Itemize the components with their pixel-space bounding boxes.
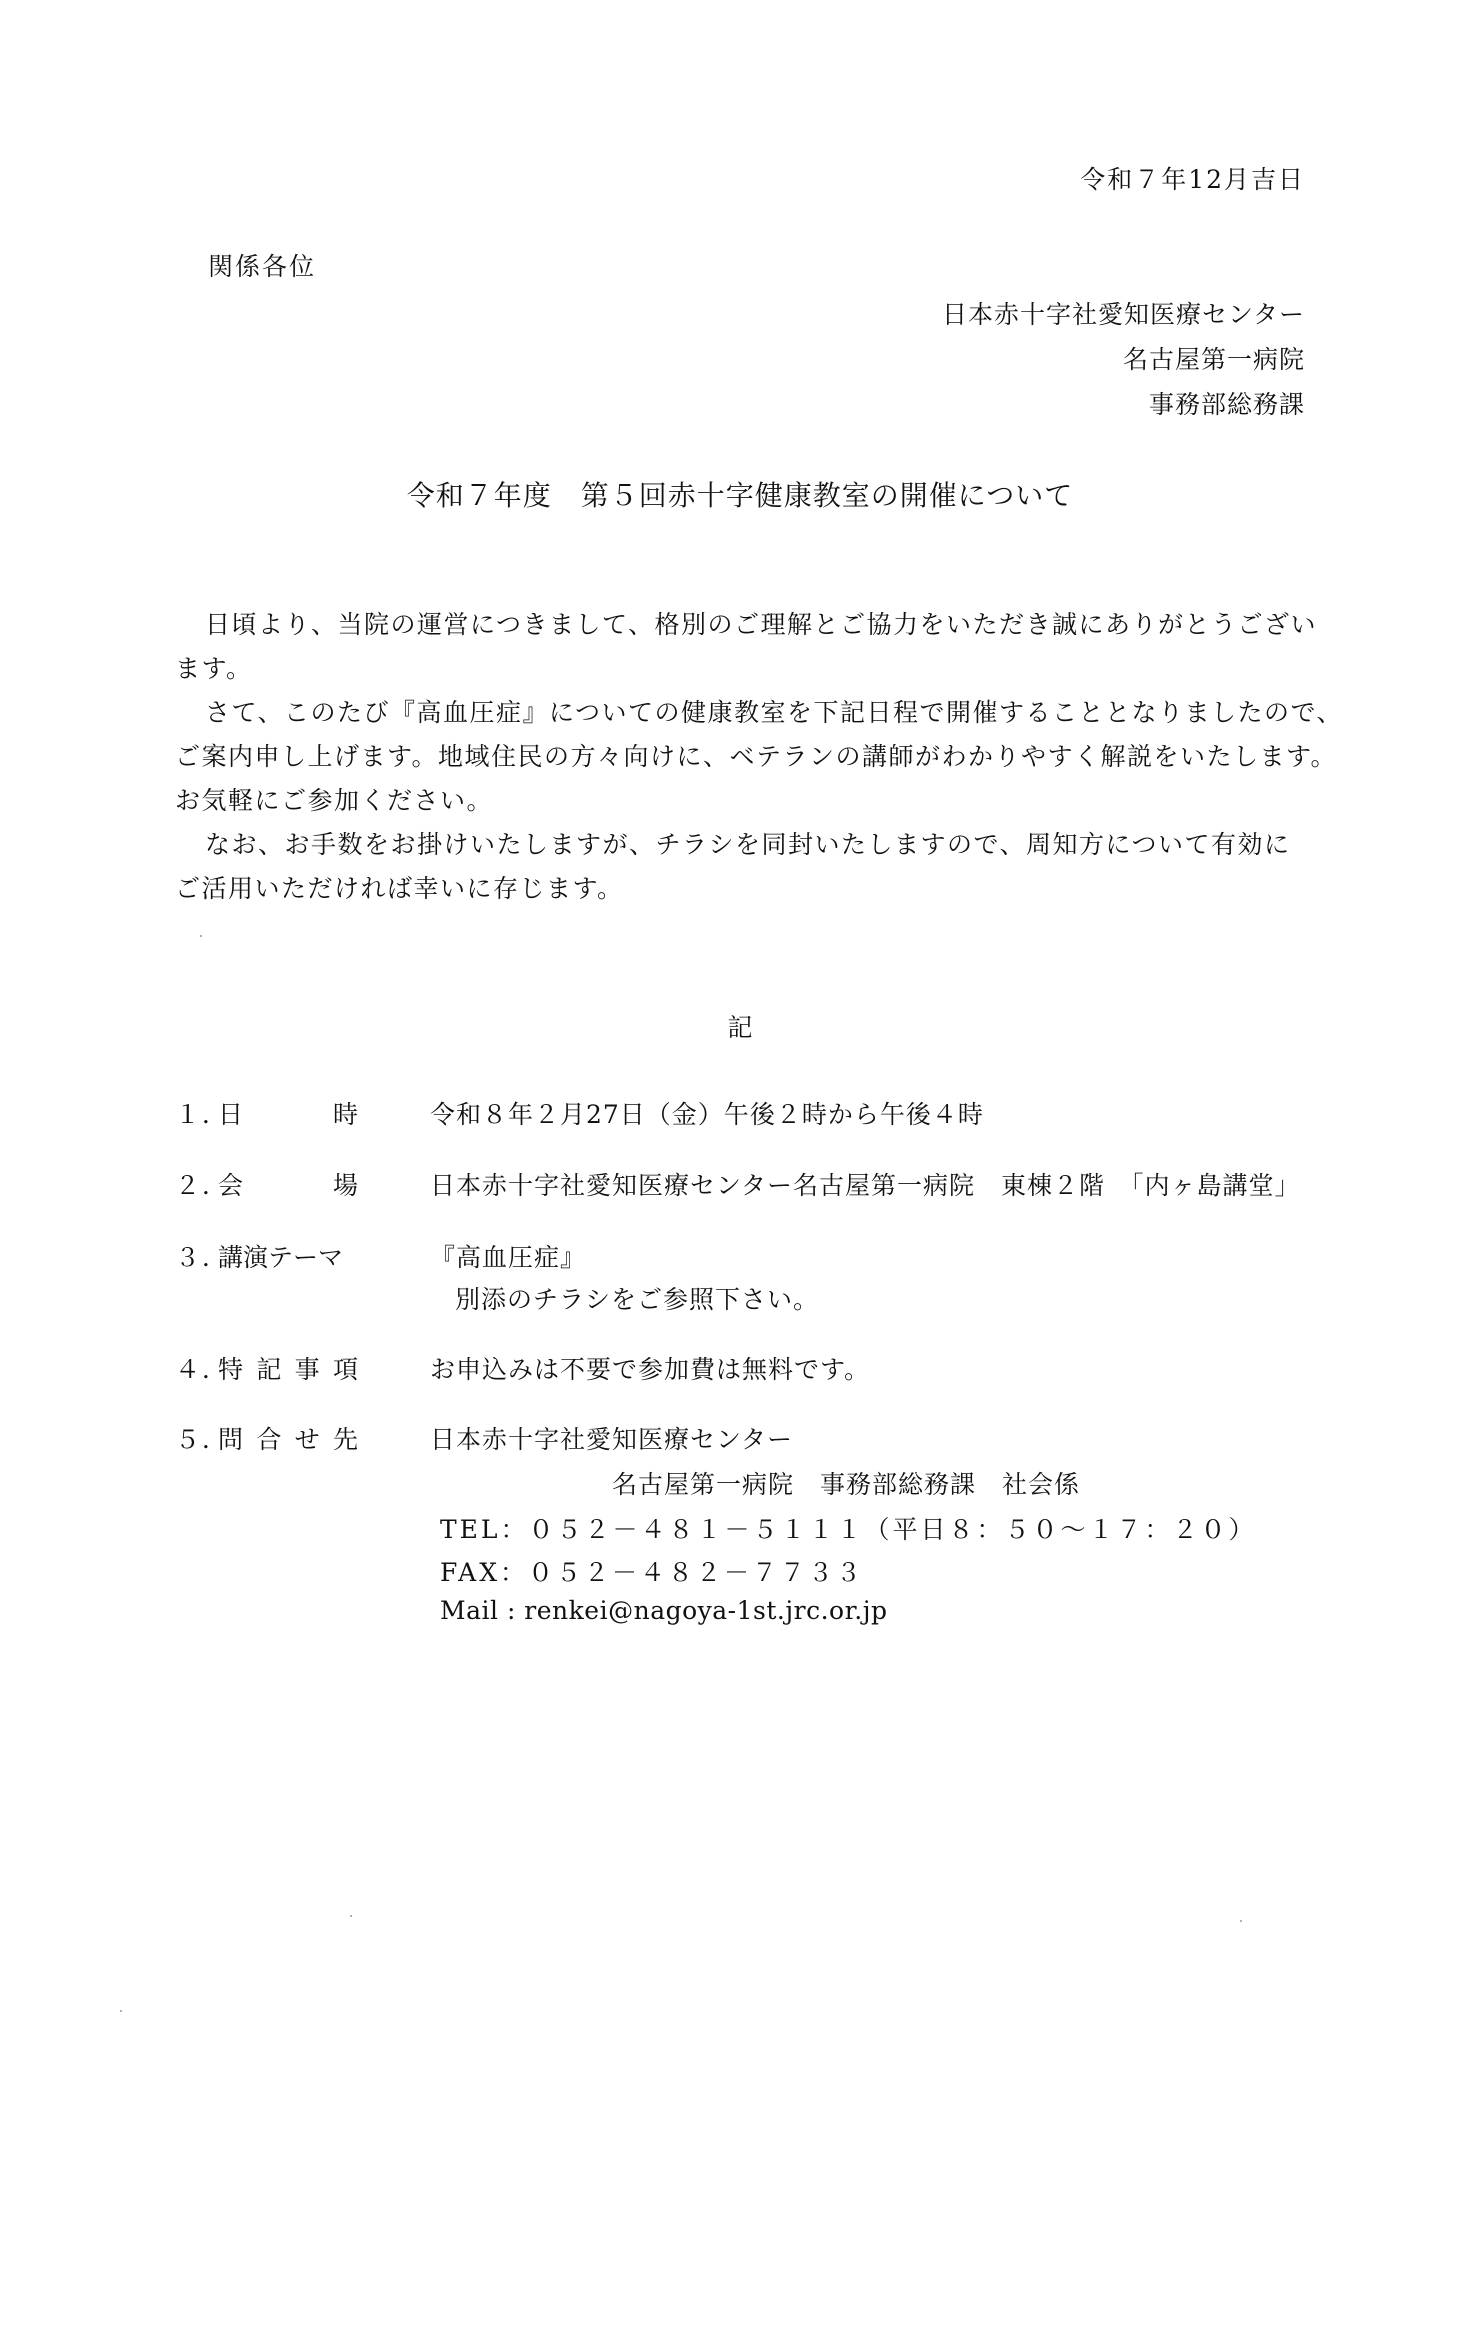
label-char: 合 (256, 1420, 281, 1456)
label-char: 特 (218, 1350, 243, 1386)
item-value: 日本赤十字社愛知医療センター (430, 1420, 793, 1456)
contact-tel: TEL：０５２－４８１－５１１１（平日８：５０～１７：２０） (440, 1510, 1257, 1546)
item-subvalue: 別添のチラシをご参照下さい。 (455, 1280, 819, 1316)
item-label: 日 時 (218, 1095, 358, 1131)
label-char: 事 (295, 1350, 320, 1386)
body-line: ご活用いただければ幸いに存じます。 (175, 869, 624, 905)
body-line: なお、お手数をお掛けいたしますが、チラシを同封いたしますので、周知方について有効… (205, 825, 1291, 861)
label-char: 日 (218, 1095, 243, 1131)
label-char: 問 (218, 1420, 243, 1456)
addressee: 関係各位 (208, 247, 316, 283)
body-line: 日頃より、当院の運営につきまして、格別のご理解とご協力をいただき誠にありがとうご… (205, 605, 1317, 641)
item-label: 講演テーマ (218, 1238, 358, 1274)
document-title: 令和７年度 第５回赤十字健康教室の開催について (0, 474, 1480, 514)
scan-speck (200, 935, 202, 937)
sender-department: 事務部総務課 (1149, 385, 1305, 421)
scan-speck (1240, 1920, 1242, 1922)
label-char: 場 (333, 1166, 358, 1202)
label-char: 会 (218, 1166, 243, 1202)
ki-heading: 記 (0, 1008, 1480, 1044)
item-value: 日本赤十字社愛知医療センター名古屋第一病院 東棟２階 「内ヶ島講堂」 (430, 1166, 1301, 1202)
item-value: 『高血圧症』 (430, 1238, 586, 1274)
label-char: せ (295, 1420, 320, 1456)
label-text: 講演テーマ (218, 1238, 343, 1274)
label-char: 時 (333, 1095, 358, 1131)
scan-speck (120, 2010, 122, 2012)
item-label: 特 記 事 項 (218, 1350, 358, 1386)
contact-fax: FAX：０５２－４８２－７７３３ (440, 1553, 864, 1589)
contact-mail[interactable]: Mail : renkei@nagoya-1st.jrc.or.jp (440, 1596, 887, 1625)
item-value: お申込みは不要で参加費は無料です。 (430, 1350, 870, 1386)
body-line: ご案内申し上げます。地域住民の方々向けに、ベテランの講師がわかりやすく解説をいた… (175, 737, 1337, 773)
label-char: 記 (256, 1350, 281, 1386)
scan-speck (350, 1915, 352, 1917)
item-value: 令和８年２月27日（金）午後２時から午後４時 (430, 1095, 984, 1131)
label-char: 項 (333, 1350, 358, 1386)
sender-organization: 日本赤十字社愛知医療センター (942, 295, 1305, 331)
issue-date: 令和７年12月吉日 (1080, 160, 1305, 196)
body-line: お気軽にご参加ください。 (175, 781, 493, 817)
item-label: 会 場 (218, 1166, 358, 1202)
label-char: 先 (333, 1420, 358, 1456)
sender-hospital: 名古屋第一病院 (1123, 340, 1305, 376)
item-subvalue: 名古屋第一病院 事務部総務課 社会係 (612, 1465, 1080, 1501)
body-line: ます。 (175, 649, 253, 685)
body-line: さて、このたび『高血圧症』についての健康教室を下記日程で開催することとなりました… (205, 693, 1343, 729)
item-label: 問 合 せ 先 (218, 1420, 358, 1456)
